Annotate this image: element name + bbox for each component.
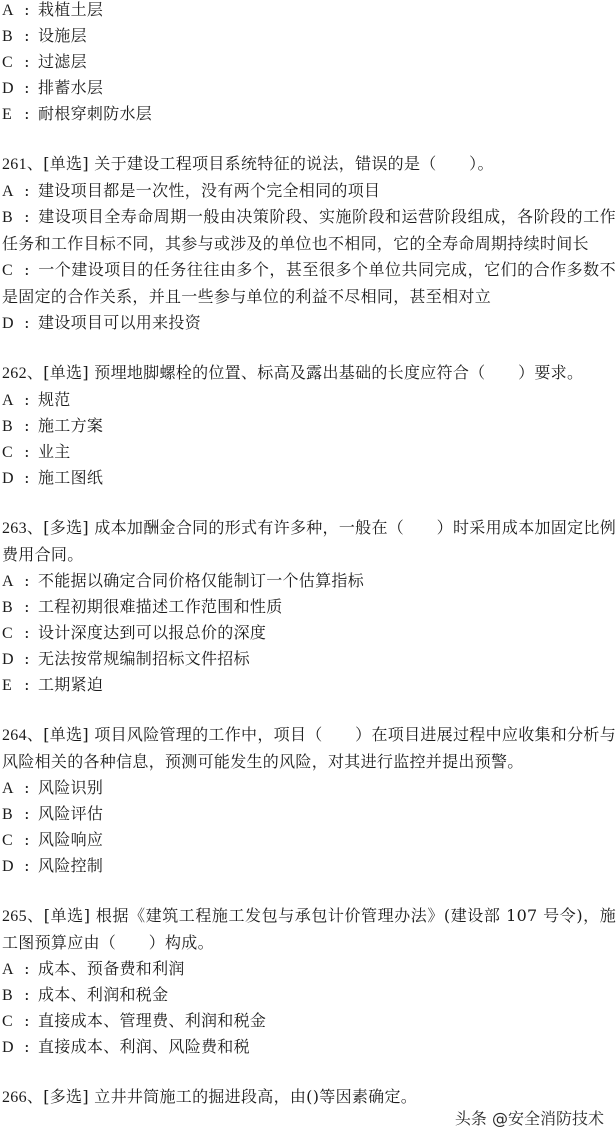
option-letter: A	[2, 569, 16, 594]
watermark: 头条 @安全消防技术	[455, 1106, 604, 1129]
option-colon: :	[16, 646, 38, 672]
question-number: 265、	[2, 908, 44, 925]
option-letter: C	[2, 258, 16, 284]
option-text: 设施层	[38, 26, 87, 45]
option-letter: D	[2, 311, 16, 336]
option-line: D:施工图纸	[2, 465, 616, 491]
question-stem: 261、[单选] 关于建设工程项目系统特征的说法，错误的是（ ）。	[2, 151, 616, 178]
option-letter: B	[2, 24, 16, 49]
option-text: 风险控制	[38, 856, 103, 875]
option-line: C:一个建设项目的任务往往由多个，甚至很多个单位共同完成，它们的合作多数不是固定…	[2, 257, 616, 310]
option-line: E:工期紧迫	[2, 672, 616, 698]
option-colon: :	[16, 204, 38, 230]
option-text: 风险响应	[38, 830, 103, 849]
option-letter: A	[2, 957, 16, 982]
option-text: 建设项目都是一次性，没有两个完全相同的项目	[38, 181, 380, 200]
option-line: B:工程初期很难描述工作范围和性质	[2, 594, 616, 620]
option-line: A:栽植土层	[2, 0, 616, 23]
option-text: 工程初期很难描述工作范围和性质	[38, 597, 283, 616]
option-colon: :	[16, 775, 38, 801]
option-letter: D	[2, 76, 16, 101]
option-colon: :	[16, 672, 38, 698]
option-line: D:无法按常规编制招标文件招标	[2, 646, 616, 672]
carryover-options: A:栽植土层 B:设施层 C:过滤层 D:排蓄水层 E:耐根穿刺防水层	[2, 0, 616, 127]
option-colon: :	[16, 101, 38, 127]
option-line: A:不能据以确定合同价格仅能制订一个估算指标	[2, 568, 616, 594]
option-line: A:成本、预备费和利润	[2, 956, 616, 982]
question-number: 264、	[2, 727, 43, 744]
question-type: [多选]	[43, 518, 89, 537]
question-number: 261、	[2, 156, 43, 173]
option-letter: E	[2, 102, 16, 127]
option-text: 工期紧迫	[38, 675, 103, 694]
option-letter: C	[2, 828, 16, 853]
option-text: 排蓄水层	[38, 78, 103, 97]
option-colon: :	[16, 0, 38, 23]
option-text: 风险识别	[38, 778, 103, 797]
option-colon: :	[16, 387, 38, 413]
option-line: D:排蓄水层	[2, 75, 616, 101]
question-type: [多选]	[43, 1087, 89, 1106]
document-page: A:栽植土层 B:设施层 C:过滤层 D:排蓄水层 E:耐根穿刺防水层 261、…	[2, 0, 616, 1111]
option-text: 风险评估	[38, 804, 103, 823]
option-colon: :	[16, 982, 38, 1008]
option-colon: :	[16, 594, 38, 620]
option-text: 规范	[38, 390, 71, 409]
option-text: 设计深度达到可以报总价的深度	[38, 623, 266, 642]
option-colon: :	[16, 1008, 38, 1034]
question-stem: 262、[单选] 预埋地脚螺栓的位置、标高及露出基础的长度应符合（ ）要求。	[2, 360, 616, 387]
option-colon: :	[16, 620, 38, 646]
question-262: 262、[单选] 预埋地脚螺栓的位置、标高及露出基础的长度应符合（ ）要求。 A…	[2, 360, 616, 491]
option-letter: B	[2, 983, 16, 1008]
option-text: 建设项目全寿命周期一般由决策阶段、实施阶段和运营阶段组成，各阶段的工作任务和工作…	[2, 207, 616, 253]
question-stem: 265、[单选] 根据《建筑工程施工发包与承包计价管理办法》(建设部 107 号…	[2, 903, 616, 956]
question-type: [单选]	[44, 906, 91, 925]
option-line: A:建设项目都是一次性，没有两个完全相同的项目	[2, 178, 616, 204]
question-stem: 264、[单选] 项目风险管理的工作中，项目（ ）在项目进展过程中应收集和分析与…	[2, 722, 616, 775]
option-text: 栽植土层	[38, 0, 103, 19]
option-letter: D	[2, 1035, 16, 1060]
option-letter: C	[2, 50, 16, 75]
option-line: C:风险响应	[2, 827, 616, 853]
option-line: C:过滤层	[2, 49, 616, 75]
option-letter: A	[2, 776, 16, 801]
option-line: B:风险评估	[2, 801, 616, 827]
question-263: 263、[多选] 成本加酬金合同的形式有许多种，一般在（ ）时采用成本加固定比例…	[2, 515, 616, 698]
question-type: [单选]	[43, 154, 89, 173]
option-line: D:建设项目可以用来投资	[2, 310, 616, 336]
option-text: 建设项目可以用来投资	[38, 313, 201, 332]
option-letter: B	[2, 595, 16, 620]
question-text: 根据《建筑工程施工发包与承包计价管理办法》(建设部 107 号令)，施工图预算应…	[2, 906, 616, 952]
option-colon: :	[16, 465, 38, 491]
option-text: 施工方案	[38, 416, 103, 435]
option-line: C:直接成本、管理费、利润和税金	[2, 1008, 616, 1034]
option-colon: :	[16, 257, 38, 283]
option-letter: C	[2, 440, 16, 465]
option-text: 过滤层	[38, 52, 87, 71]
option-colon: :	[16, 956, 38, 982]
option-colon: :	[16, 568, 38, 594]
option-colon: :	[16, 178, 38, 204]
option-line: B:成本、利润和税金	[2, 982, 616, 1008]
question-stem: 263、[多选] 成本加酬金合同的形式有许多种，一般在（ ）时采用成本加固定比例…	[2, 515, 616, 568]
option-text: 直接成本、利润、风险费和税	[38, 1037, 250, 1056]
option-letter: D	[2, 854, 16, 879]
option-letter: A	[2, 388, 16, 413]
option-text: 成本、预备费和利润	[38, 959, 185, 978]
option-letter: E	[2, 673, 16, 698]
option-colon: :	[16, 49, 38, 75]
option-letter: D	[2, 647, 16, 672]
option-letter: A	[2, 0, 16, 23]
option-line: A:规范	[2, 387, 616, 413]
option-colon: :	[16, 1034, 38, 1060]
option-line: C:业主	[2, 439, 616, 465]
question-number: 263、	[2, 520, 43, 537]
question-261: 261、[单选] 关于建设工程项目系统特征的说法，错误的是（ ）。 A:建设项目…	[2, 151, 616, 336]
option-letter: B	[2, 802, 16, 827]
option-colon: :	[16, 827, 38, 853]
option-colon: :	[16, 23, 38, 49]
question-264: 264、[单选] 项目风险管理的工作中，项目（ ）在项目进展过程中应收集和分析与…	[2, 722, 616, 879]
option-letter: C	[2, 1009, 16, 1034]
option-letter: B	[2, 414, 16, 439]
option-line: B:建设项目全寿命周期一般由决策阶段、实施阶段和运营阶段组成，各阶段的工作任务和…	[2, 204, 616, 257]
option-text: 成本、利润和税金	[38, 985, 168, 1004]
option-line: D:直接成本、利润、风险费和税	[2, 1034, 616, 1060]
option-line: C:设计深度达到可以报总价的深度	[2, 620, 616, 646]
option-text: 不能据以确定合同价格仅能制订一个估算指标	[38, 571, 364, 590]
option-colon: :	[16, 853, 38, 879]
option-line: A:风险识别	[2, 775, 616, 801]
option-line: E:耐根穿刺防水层	[2, 101, 616, 127]
option-line: D:风险控制	[2, 853, 616, 879]
question-number: 262、	[2, 365, 43, 382]
option-letter: A	[2, 179, 16, 204]
option-text: 无法按常规编制招标文件招标	[38, 649, 250, 668]
question-type: [单选]	[43, 363, 89, 382]
question-text: 成本加酬金合同的形式有许多种，一般在（ ）时采用成本加固定比例费用合同。	[2, 518, 616, 564]
option-text: 直接成本、管理费、利润和税金	[38, 1011, 266, 1030]
question-number: 266、	[2, 1089, 43, 1106]
question-text: 项目风险管理的工作中，项目（ ）在项目进展过程中应收集和分析与风险相关的各种信息…	[2, 725, 616, 771]
option-letter: B	[2, 205, 16, 231]
option-colon: :	[16, 75, 38, 101]
question-text: 预埋地脚螺栓的位置、标高及露出基础的长度应符合（ ）要求。	[94, 363, 583, 382]
option-line: B:施工方案	[2, 413, 616, 439]
option-line: B:设施层	[2, 23, 616, 49]
question-265: 265、[单选] 根据《建筑工程施工发包与承包计价管理办法》(建设部 107 号…	[2, 903, 616, 1060]
option-colon: :	[16, 801, 38, 827]
option-text: 业主	[38, 442, 71, 461]
question-text: 立井井筒施工的掘进段高，由()等因素确定。	[94, 1087, 417, 1106]
option-letter: C	[2, 621, 16, 646]
option-letter: D	[2, 466, 16, 491]
option-text: 施工图纸	[38, 468, 103, 487]
option-colon: :	[16, 310, 38, 336]
option-text: 一个建设项目的任务往往由多个，甚至很多个单位共同完成，它们的合作多数不是固定的合…	[2, 260, 616, 306]
question-type: [单选]	[43, 725, 89, 744]
option-text: 耐根穿刺防水层	[38, 104, 152, 123]
option-colon: :	[16, 439, 38, 465]
question-text: 关于建设工程项目系统特征的说法，错误的是（ ）。	[94, 154, 494, 173]
option-colon: :	[16, 413, 38, 439]
